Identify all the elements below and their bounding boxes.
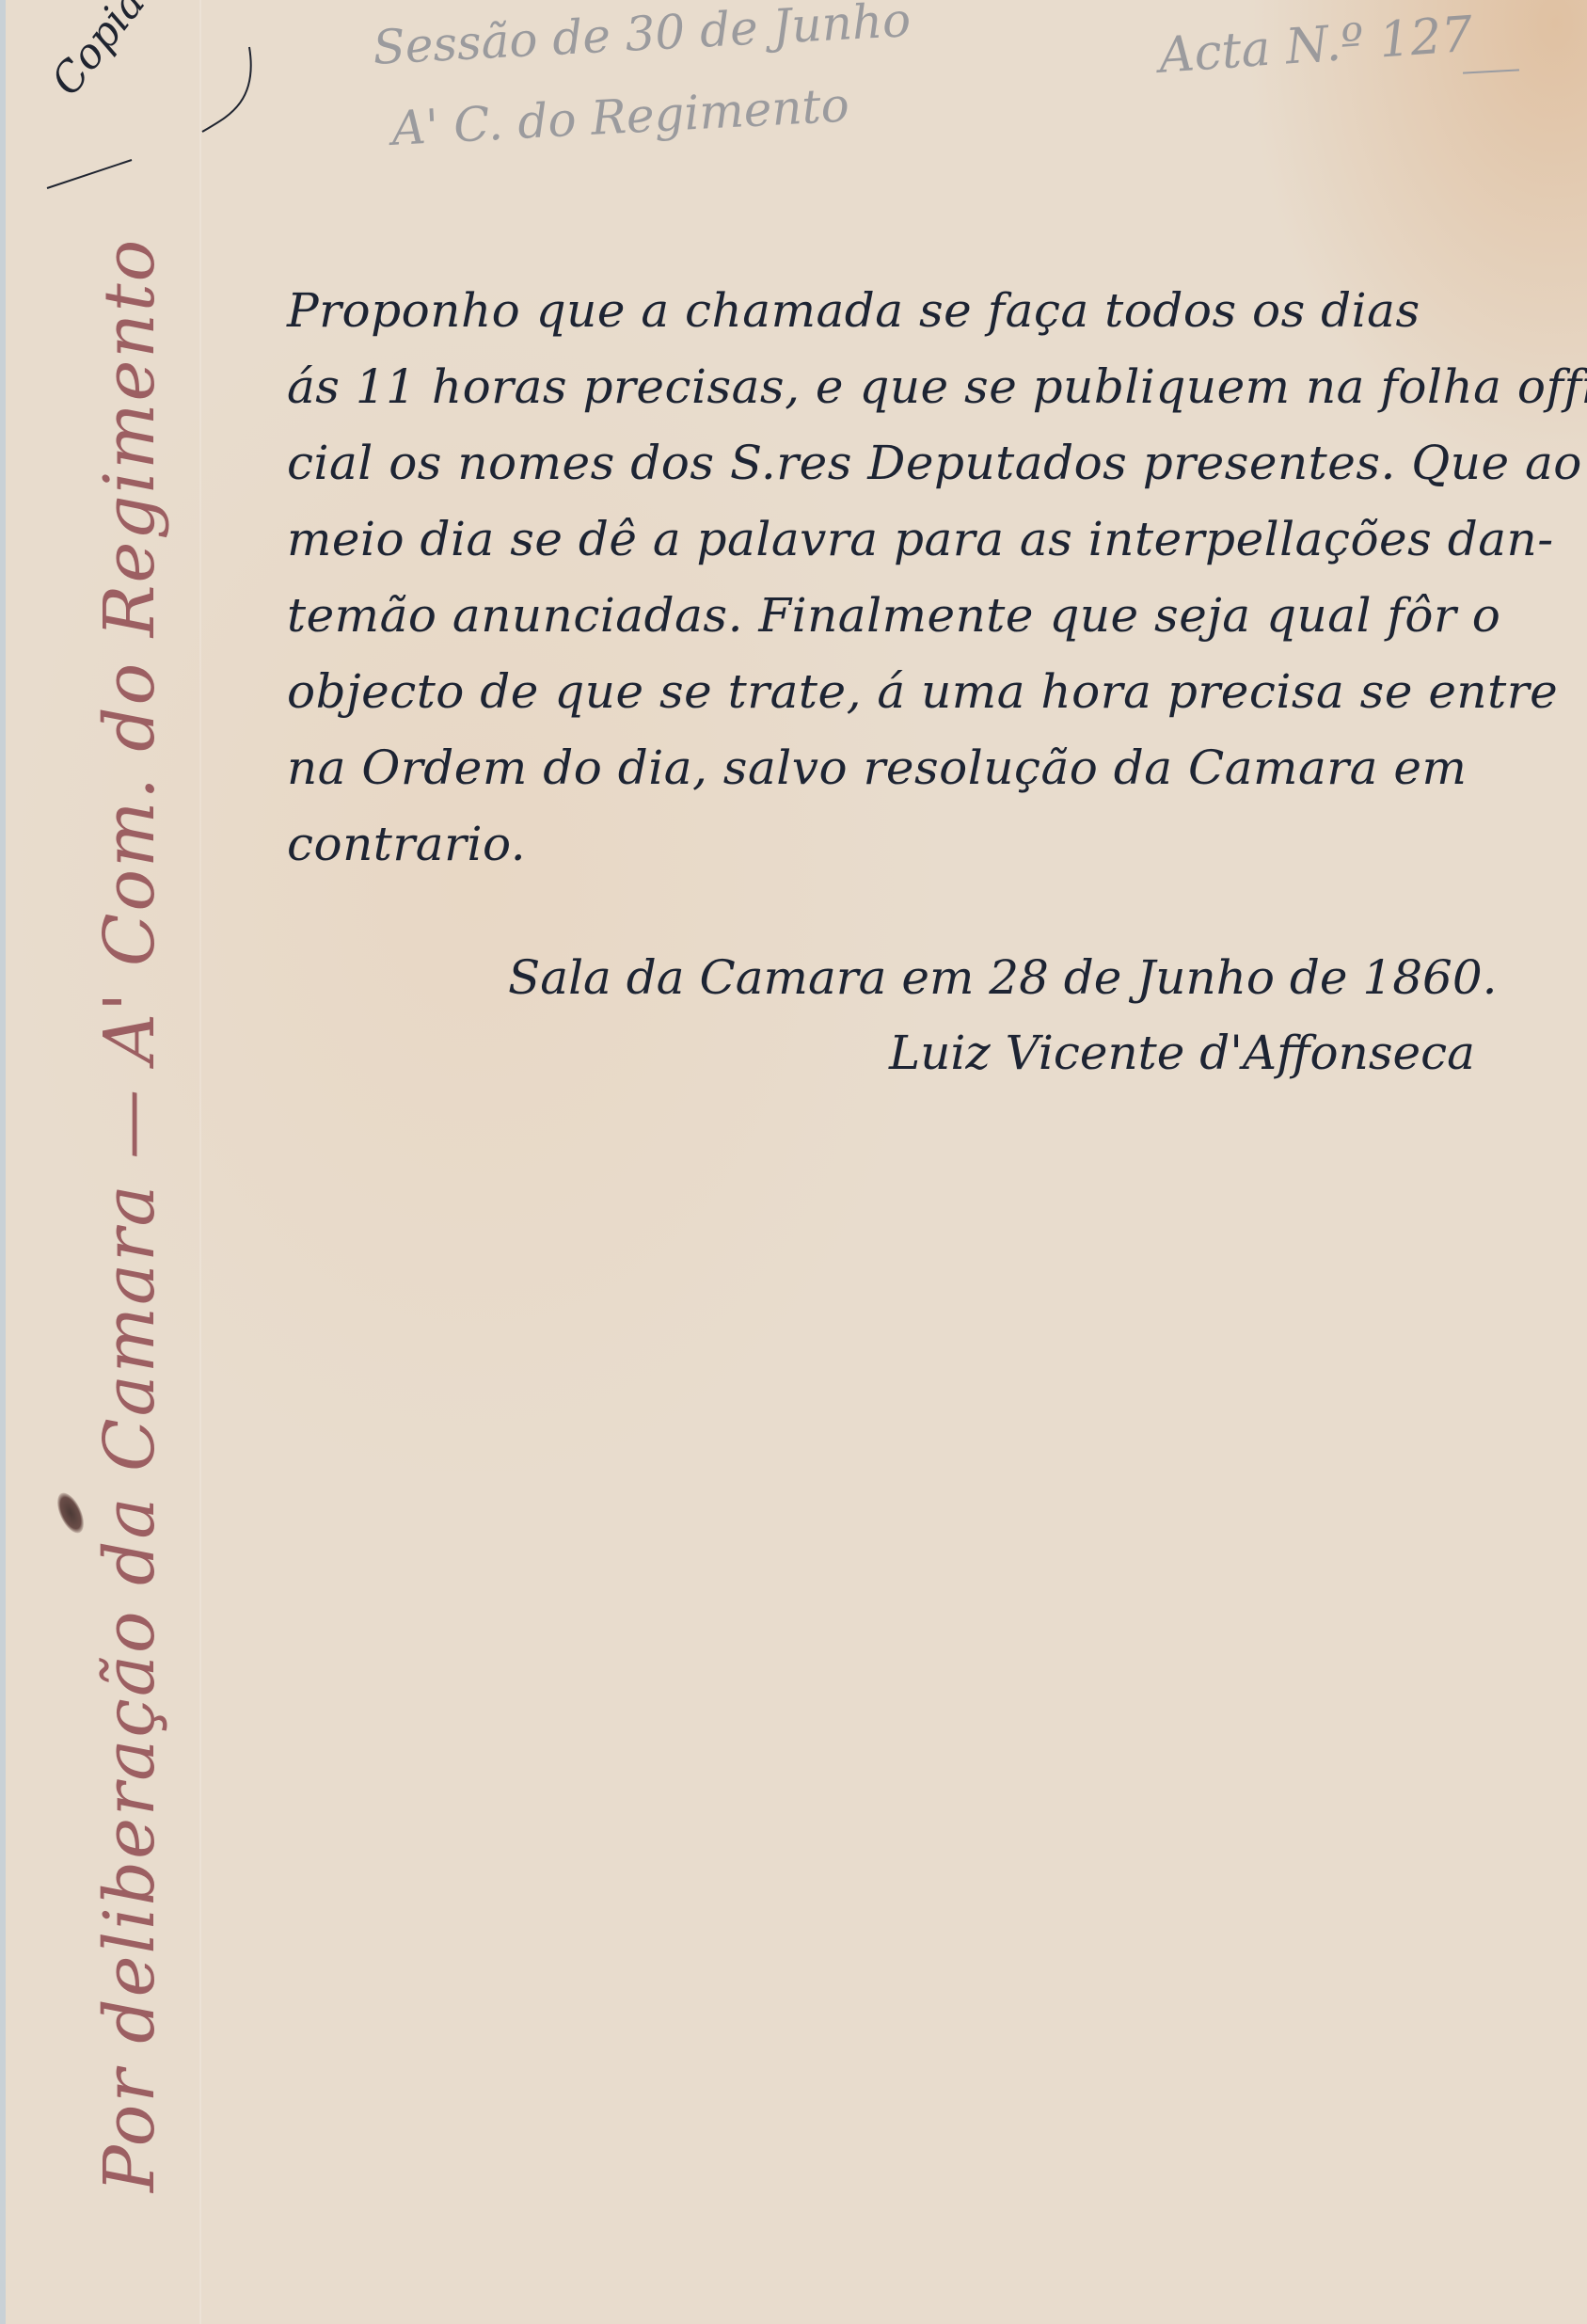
- pencil-commission-note: A' C. do Regimento: [390, 78, 850, 156]
- signature: Luiz Vicente d'Affonseca: [889, 1026, 1475, 1080]
- body-line: ás 11 horas precisas, e que se publiquem…: [287, 349, 1552, 425]
- pencil-dash: [1463, 69, 1519, 73]
- ink-blot: [52, 1489, 88, 1537]
- place-and-date: Sala da Camara em 28 de Junho de 1860.: [508, 950, 1498, 1005]
- body-line: cial os nomes dos S.res Deputados presen…: [287, 425, 1552, 501]
- scan-edge: [0, 0, 6, 2324]
- body-line: temão anunciadas. Finalmente que seja qu…: [287, 578, 1552, 654]
- pencil-acta-number: Acta N.º 127: [1157, 7, 1474, 85]
- margin-deliberation-note: Por deliberação da Camara — A' Com. do R…: [89, 238, 170, 2192]
- body-line: objecto de que se trate, á uma hora prec…: [287, 654, 1552, 730]
- body-line: meio dia se dê a palavra para as interpe…: [287, 501, 1552, 578]
- pencil-session-note: Sessão de 30 de Junho: [372, 0, 912, 75]
- document-page: Sessão de 30 de Junho A' C. do Regimento…: [0, 0, 1587, 2324]
- body-line: Proponho que a chamada se faça todos os …: [287, 273, 1552, 349]
- body-line: contrario.: [287, 806, 1552, 883]
- body-line: na Ordem do dia, salvo resolução da Cama…: [287, 730, 1552, 806]
- proposal-body: Proponho que a chamada se faça todos os …: [287, 273, 1552, 883]
- paper-fold-line: [199, 0, 201, 2324]
